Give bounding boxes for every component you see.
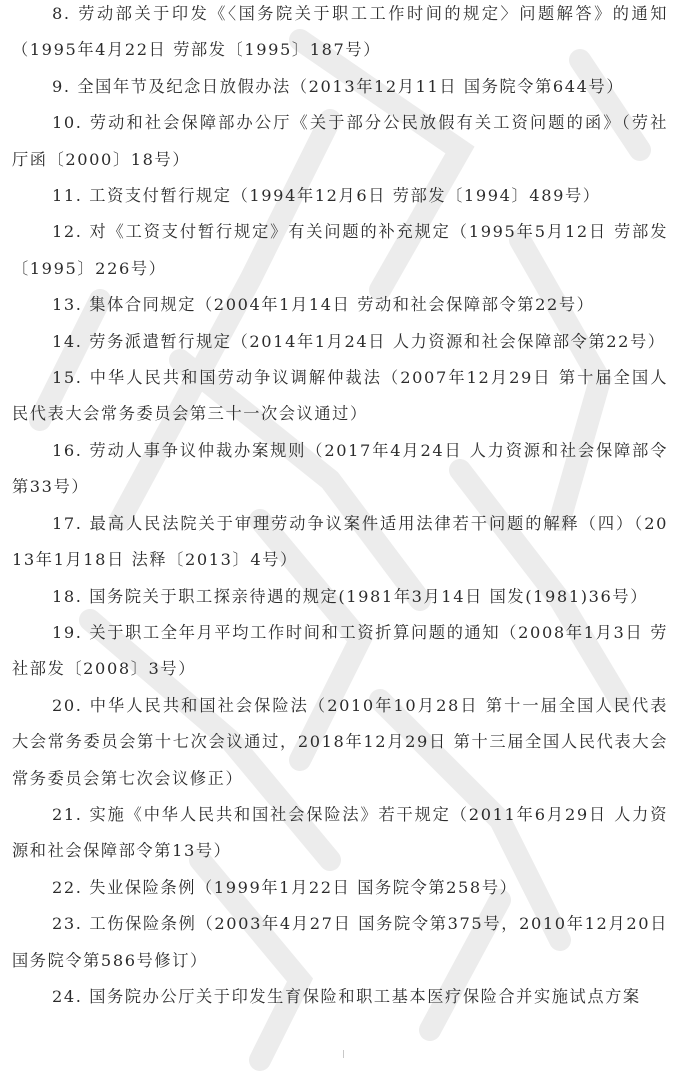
list-item: 24. 国务院办公厅关于印发生育保险和职工基本医疗保险合并实施试点方案 [12,979,668,1015]
list-item: 8. 劳动部关于印发《〈国务院关于职工工作时间的规定〉问题解答》的通知（1995… [12,0,668,69]
document-page: 8. 劳动部关于印发《〈国务院关于职工工作时间的规定〉问题解答》的通知（1995… [12,0,668,1015]
list-item: 22. 失业保险条例（1999年1月22日 国务院令第258号） [12,870,668,906]
list-item: 17. 最高人民法院关于审理劳动争议案件适用法律若干问题的解释（四）（2013年… [12,506,668,579]
list-item: 15. 中华人民共和国劳动争议调解仲裁法（2007年12月29日 第十届全国人民… [12,360,668,433]
list-item: 20. 中华人民共和国社会保险法（2010年10月28日 第十一届全国人民代表大… [12,688,668,797]
page-mark [343,1050,344,1058]
list-item: 19. 关于职工全年月平均工作时间和工资折算问题的通知（2008年1月3日 劳社… [12,615,668,688]
list-item: 11. 工资支付暂行规定（1994年12月6日 劳部发〔1994〕489号） [12,178,668,214]
list-item: 10. 劳动和社会保障部办公厅《关于部分公民放假有关工资问题的函》（劳社厅函〔2… [12,105,668,178]
list-item: 23. 工伤保险条例（2003年4月27日 国务院令第375号，2010年12月… [12,906,668,979]
list-item: 12. 对《工资支付暂行规定》有关问题的补充规定（1995年5月12日 劳部发〔… [12,214,668,287]
list-item: 21. 实施《中华人民共和国社会保险法》若干规定（2011年6月29日 人力资源… [12,797,668,870]
list-item: 18. 国务院关于职工探亲待遇的规定(1981年3月14日 国发(1981)36… [12,579,668,615]
list-item: 9. 全国年节及纪念日放假办法（2013年12月11日 国务院令第644号） [12,69,668,105]
list-item: 14. 劳务派遣暂行规定（2014年1月24日 人力资源和社会保障部令第22号） [12,324,668,360]
list-item: 13. 集体合同规定（2004年1月14日 劳动和社会保障部令第22号） [12,287,668,323]
list-item: 16. 劳动人事争议仲裁办案规则（2017年4月24日 人力资源和社会保障部令第… [12,433,668,506]
